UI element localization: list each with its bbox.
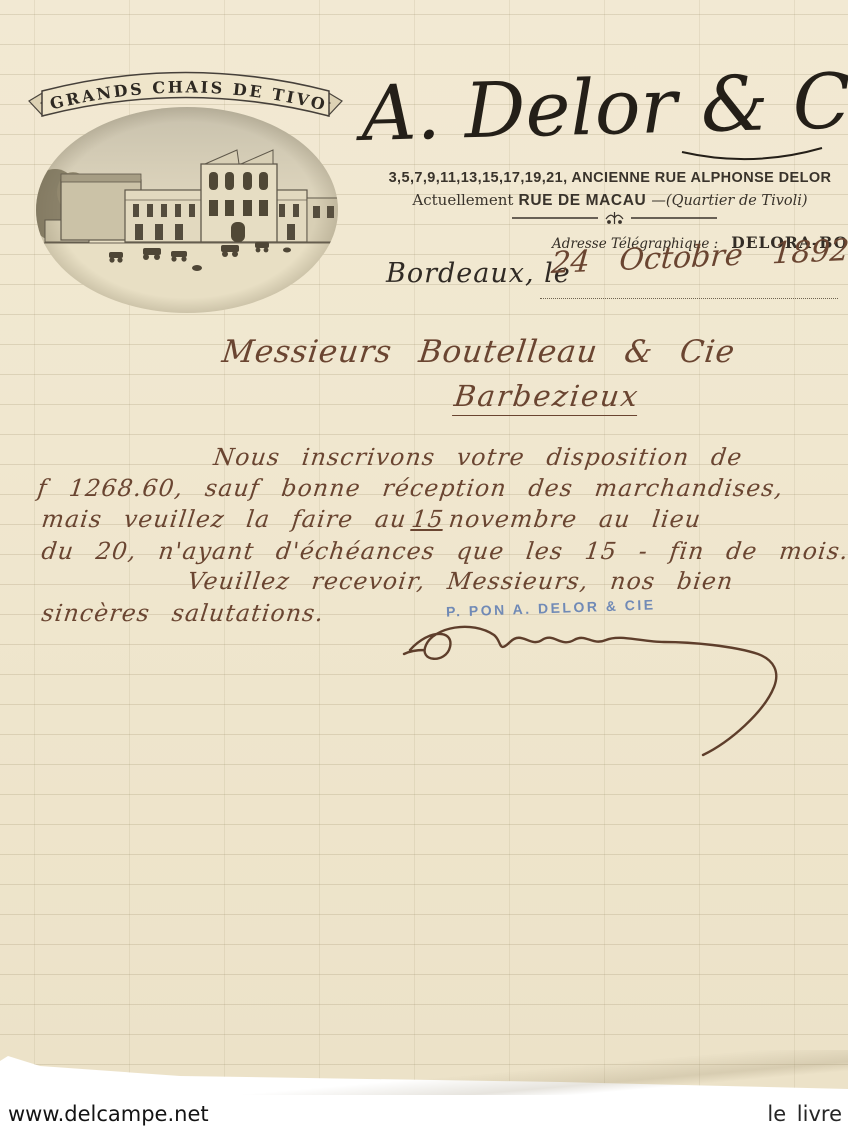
building-engraving (25, 100, 350, 320)
svg-text:A. Delor & Cie: A. Delor & Cie (354, 55, 848, 158)
watermark-le-livre: le livre (767, 1102, 842, 1126)
building-engraving-graphic (25, 100, 350, 320)
scanned-letter: GRANDS CHAIS DE TIVOLI. (0, 0, 848, 1132)
fleuron-icon (606, 212, 623, 224)
address-line-1: 3,5,7,9,11,13,15,17,19,21, ANCIENNE RUE … (380, 170, 840, 186)
recipient-city: Barbezieux (452, 379, 641, 416)
paper-edge-shadow (0, 1050, 848, 1095)
underlined-date-15: 15 (410, 505, 446, 533)
signature (400, 602, 810, 760)
address-line-2-street: RUE DE MACAU (519, 192, 647, 209)
watermark-delcampe: www.delcampe.net (8, 1102, 209, 1126)
letter-body-line-4: du 20, n'ayant d'échéances que les 15 - … (40, 537, 848, 565)
address-line-2: Actuellement RUE DE MACAU —(Quartier de … (380, 190, 840, 210)
recipient-name: Messieurs Boutelleau & Cie (220, 334, 737, 370)
address-line-2-suffix: —(Quartier de Tivoli) (651, 193, 807, 209)
company-title-graphic: A. Delor & Cie (352, 48, 848, 170)
letter-body-line-2: f 1268.60, sauf bonne réception des marc… (36, 474, 785, 502)
letter-body-line-3-after: novembre au lieu (447, 505, 703, 533)
letter-body-line-3: mais veuillez la faire au15novembre au l… (40, 505, 703, 533)
company-title: A. Delor & Cie (352, 48, 848, 170)
company-name-script: A. Delor & C (354, 56, 848, 158)
title-flourish (682, 148, 822, 159)
signature-path (404, 627, 776, 755)
oval-edge-fade (36, 107, 338, 313)
signature-scrawl (400, 602, 810, 760)
letter-body-line-3-before: mais veuillez la faire au (40, 505, 408, 533)
letter-closing-line-2: sincères salutations. (40, 599, 326, 627)
address-line-2-prefix: Actuellement (412, 191, 513, 209)
ornament-divider (512, 210, 717, 228)
ornament-divider-graphic (512, 210, 717, 228)
letter-closing-line-1: Veuillez recevoir, Messieurs, nos bien (186, 567, 735, 595)
letter-body-line-1: Nous inscrivons votre disposition de (212, 443, 744, 471)
